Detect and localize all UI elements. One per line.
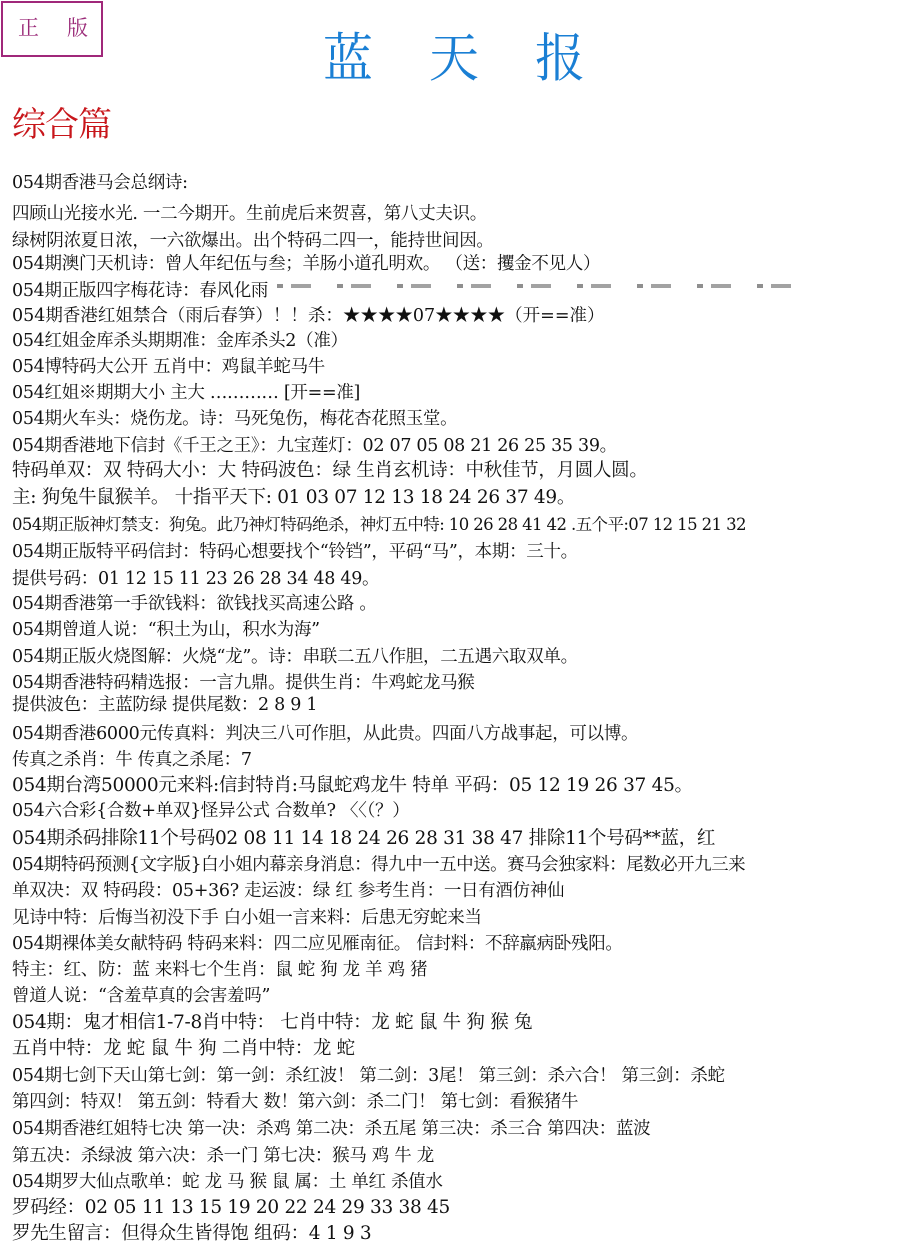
text-line: 见诗中特：后悔当初没下手 白小姐一言来料：后患无穷蛇来当 <box>12 907 482 929</box>
text-line: 054期香港地下信封《千王之王》：九宝莲灯：02 07 05 08 21 26 … <box>12 435 617 457</box>
text-line: 054期特码预测{文字版}白小姐内幕亲身消息：得九中一五中送。赛马会独家料：尾数… <box>12 854 745 876</box>
text-line: 054期正版特平码信封：特码心想要找个“铃铛”，平码“马”，本期：三十。 <box>12 541 578 563</box>
scan-artifact <box>277 284 807 288</box>
text-line: 传真之杀肖：牛 传真之杀尾：7 <box>12 749 252 771</box>
text-line: 提供波色：主蓝防绿 提供尾数：2 8 9 1 <box>12 694 317 716</box>
text-line: 第四剑：特双！ 第五剑：特看大 数！第六剑：杀二门！ 第七剑：看猴猪牛 <box>12 1091 578 1113</box>
text-line: 054期火车头：烧伤龙。诗：马死兔伤，梅花杏花照玉堂。 <box>12 408 457 430</box>
text-line: 特码单双：双 特码大小：大 特码波色：绿 生肖玄机诗：中秋佳节，月圆人圆。 <box>12 460 648 482</box>
text-line: 曾道人说：“含羞草真的会害羞吗” <box>12 985 270 1007</box>
text-line: 054期正版神灯禁支：狗兔。此乃神灯特码绝杀，神灯五中特: 10 26 28 4… <box>12 514 746 536</box>
text-line: 054期香港红姐禁合（雨后春笋）！！杀：★★★★07★★★★（开==准） <box>12 305 605 327</box>
text-line: 四顾山光接水光. 一二今期开。生前虎后来贺喜，第八丈夫识。 <box>12 203 487 225</box>
text-line: 054博特码大公开 五肖中：鸡鼠羊蛇马牛 <box>12 356 325 378</box>
masthead-char-2: 天 <box>429 16 479 92</box>
text-line: 054期香港红姐特七决 第一决：杀鸡 第二决：杀五尾 第三决：杀三合 第四决：蓝… <box>12 1118 650 1140</box>
section-title: 综合篇 <box>12 97 111 146</box>
text-line: 主: 狗兔牛鼠猴羊。 十指平天下: 01 03 07 12 13 18 24 2… <box>12 487 575 509</box>
text-line: 054期裸体美女献特码 特码来料：四二应见雁南征。 信封料：不辞羸病卧残阳。 <box>12 933 623 955</box>
masthead-title: 蓝 天 报 <box>0 18 900 90</box>
text-line: 054六合彩{合数+单双}怪异公式 合数单? 〈〈（？） <box>12 800 409 822</box>
text-line: 五肖中特：龙 蛇 鼠 牛 狗 二肖中特：龙 蛇 <box>12 1038 355 1060</box>
text-line: 054期罗大仙点歌单：蛇 龙 马 猴 鼠 属：土 单红 杀值水 <box>12 1171 443 1193</box>
masthead-char-3: 报 <box>535 16 585 92</box>
text-line: 054期正版四字梅花诗：春风化雨 <box>12 280 268 302</box>
text-line: 054期台湾50000元来料:信封特肖:马鼠蛇鸡龙牛 特单 平码：05 12 1… <box>12 775 693 797</box>
text-line: 提供号码：01 12 15 11 23 26 28 34 48 49。 <box>12 568 379 590</box>
text-line: 054期：鬼才相信1-7-8肖中特： 七肖中特：龙 蛇 鼠 牛 狗 猴 兔 <box>12 1012 532 1034</box>
masthead-char-1: 蓝 <box>323 16 373 92</box>
text-line: 罗码经：02 05 11 13 15 19 20 22 24 29 33 38 … <box>12 1197 450 1219</box>
text-line: 特主：红、防：蓝 来料七个生肖：鼠 蛇 狗 龙 羊 鸡 猪 <box>12 959 427 981</box>
text-line: 绿树阴浓夏日浓，一六欲爆出。出个特码二四一，能持世间因。 <box>12 230 494 252</box>
text-line: 054期正版火烧图解：火烧“龙”。诗：串联二五八作胆，二五遇六取双单。 <box>12 646 578 668</box>
text-line: 054红姐金库杀头期期准：金库杀头2（准） <box>12 330 348 352</box>
text-line: 054红姐※期期大小 主大 ………… [开==准] <box>12 382 360 404</box>
text-line: 单双决：双 特码段：05+36? 走运波：绿 红 参考生肖：一日有酒仿神仙 <box>12 880 564 902</box>
text-line: 054期曾道人说：“积土为山，积水为海” <box>12 619 320 641</box>
text-line: 罗先生留言：但得众生皆得饱 组码：4 1 9 3 <box>12 1223 371 1243</box>
text-line: 054期澳门天机诗：曾人年纪伍与叁；羊肠小道孔明欢。 （送：攫金不见人） <box>12 253 600 275</box>
text-line: 054期杀码排除11个号码02 08 11 14 18 24 26 28 31 … <box>12 828 715 850</box>
text-line: 054期香港特码精选报：一言九鼎。提供生肖：牛鸡蛇龙马猴 <box>12 672 475 694</box>
text-line: 第五决：杀绿波 第六决：杀一门 第七决：猴马 鸡 牛 龙 <box>12 1145 434 1167</box>
text-line: 054期香港第一手欲钱料：欲钱找买高速公路 。 <box>12 593 377 615</box>
text-line: 054期香港马会总纲诗: <box>12 172 188 194</box>
text-line: 054期香港6000元传真料：判决三八可作胆，从此贵。四面八方战事起，可以博。 <box>12 723 638 745</box>
text-line: 054期七剑下天山第七剑：第一剑：杀红波！ 第二剑：3尾！ 第三剑：杀六合！ 第… <box>12 1065 725 1087</box>
